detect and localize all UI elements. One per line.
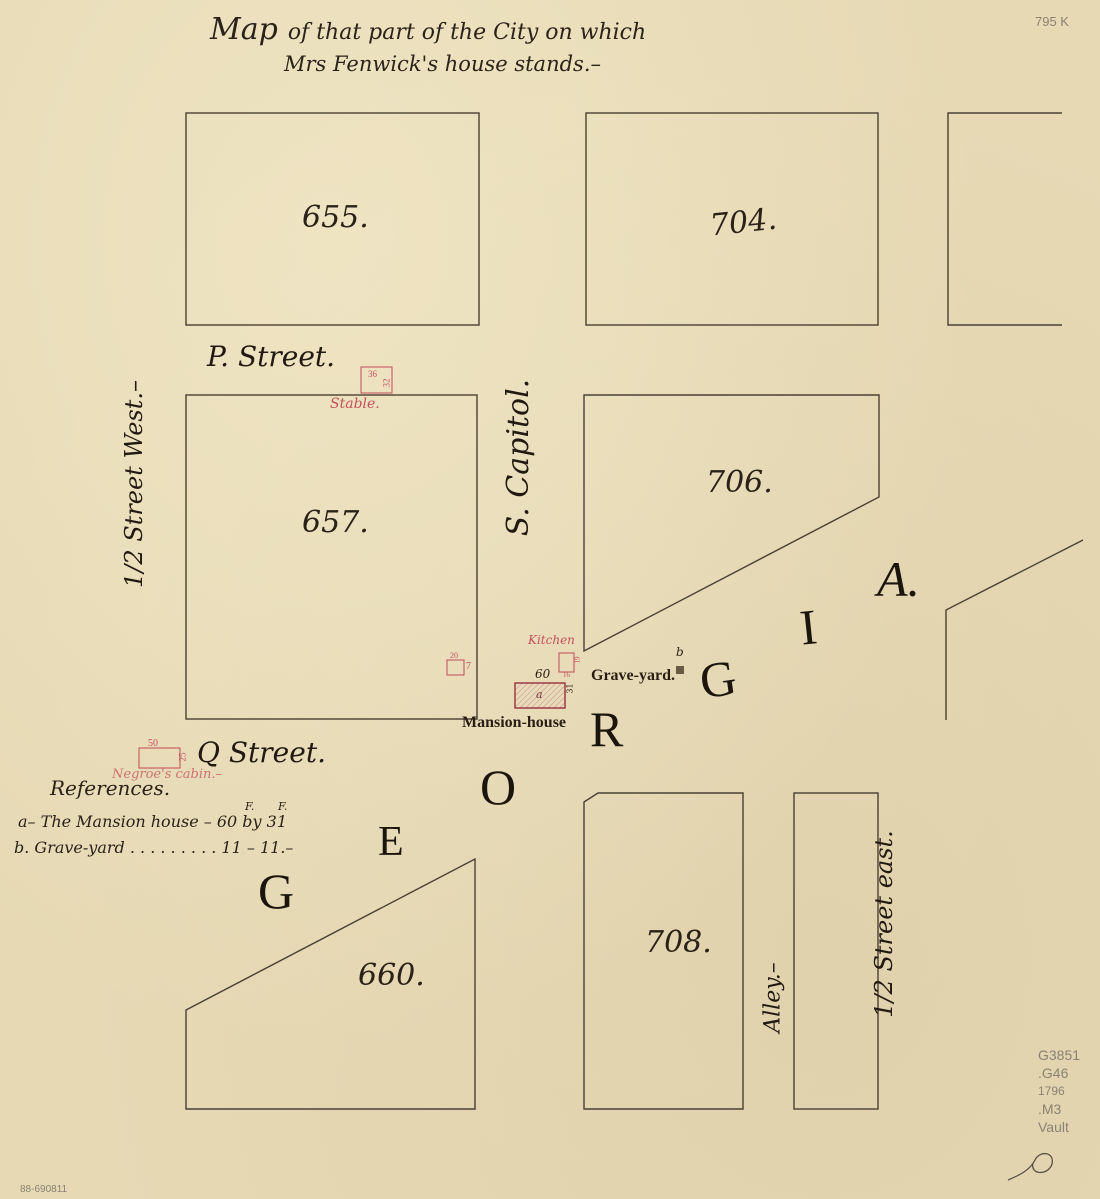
block-label-657: 657. bbox=[302, 505, 369, 540]
reference-row-a: a– The Mansion house – 60 by 31 bbox=[18, 812, 287, 831]
stable-dim-height: 32 bbox=[382, 379, 392, 388]
street-label-half-street-west: 1/2 Street West.– bbox=[120, 380, 148, 588]
reference-row-a-label: The Mansion house – bbox=[41, 812, 212, 831]
block-right-lower-outline bbox=[946, 540, 1083, 720]
reference-row-a-dims: 60 by 31 bbox=[217, 812, 287, 831]
block-alley-east-outline bbox=[794, 793, 878, 1109]
cabin-dim-height: 25 bbox=[178, 753, 188, 762]
street-label-half-street-east: 1/2 Street east. bbox=[870, 830, 898, 1018]
reference-row-b: b. Grave-yard . . . . . . . . . 11 – 11.… bbox=[14, 838, 293, 857]
map-title-line-2: Mrs Fenwick's house stands.– bbox=[284, 52, 601, 76]
stable-dim-width: 36 bbox=[368, 369, 377, 379]
avenue-letter-a: A. bbox=[877, 550, 920, 608]
street-label-s-capitol: S. Capitol. bbox=[501, 379, 536, 536]
map-linework bbox=[0, 0, 1100, 1199]
graveyard-marker-b: b bbox=[676, 645, 684, 659]
avenue-letter-o: O bbox=[480, 758, 516, 816]
block-label-708: 708. bbox=[645, 925, 712, 960]
bottom-right-mark-swirl bbox=[1008, 1154, 1052, 1180]
graveyard-label: Grave-yard. bbox=[591, 667, 675, 685]
block-660-outline bbox=[186, 859, 475, 1109]
stable-label: Stable. bbox=[330, 396, 380, 412]
avenue-letter-r: R bbox=[590, 700, 623, 758]
block-label-655: 655. bbox=[302, 200, 369, 235]
reference-row-a-key: a– bbox=[18, 812, 36, 831]
avenue-letter-g1: G bbox=[258, 862, 294, 920]
catalog-note: G3851 .G46 1796 .M3 Vault bbox=[1038, 1046, 1080, 1136]
kitchen-label: Kitchen bbox=[528, 633, 575, 647]
block-706-outline bbox=[584, 395, 879, 651]
references-heading: References. bbox=[50, 776, 170, 800]
block-657-outline bbox=[186, 395, 477, 719]
map-title-line-1: Mapof that part of the City on which bbox=[210, 12, 646, 47]
avenue-letter-e: E bbox=[378, 818, 404, 866]
block-right-partial-outline bbox=[948, 113, 1062, 325]
kitchen-dim-width: 16 bbox=[563, 671, 570, 679]
outbuilding-dim-width: 20 bbox=[450, 651, 458, 660]
mansion-house-label: Mansion-house bbox=[462, 714, 566, 732]
street-label-alley: Alley.– bbox=[761, 962, 786, 1032]
block-label-660: 660. bbox=[358, 958, 425, 993]
outbuilding-outline bbox=[447, 660, 464, 675]
cabin-dim-width: 50 bbox=[148, 738, 158, 749]
kitchen-dim-height: 19 bbox=[574, 657, 582, 664]
block-label-704: 704. bbox=[708, 202, 778, 244]
reference-row-b-label: Grave-yard . . . . . . . . . bbox=[34, 838, 216, 857]
street-label-q: Q Street. bbox=[197, 736, 326, 769]
street-label-p: P. Street. bbox=[207, 340, 335, 373]
mansion-dim-height: 31 bbox=[566, 683, 575, 693]
reference-row-b-dims: 11 – 11.– bbox=[221, 838, 293, 857]
bottom-left-id: 88-690811 bbox=[20, 1184, 67, 1195]
reference-row-b-key: b. bbox=[14, 838, 29, 857]
mansion-marker-a: a bbox=[536, 688, 543, 701]
mansion-dim-width: 60 bbox=[535, 667, 550, 681]
outbuilding-dim-height: 7 bbox=[466, 661, 471, 672]
map-title-prefix: Map bbox=[210, 12, 278, 47]
corner-pencil-note: 795 K bbox=[1035, 14, 1069, 29]
block-label-706: 706. bbox=[706, 465, 773, 500]
graveyard-marker bbox=[676, 666, 684, 674]
negro-cabin-outline bbox=[139, 748, 180, 768]
kitchen-outline bbox=[559, 653, 574, 672]
